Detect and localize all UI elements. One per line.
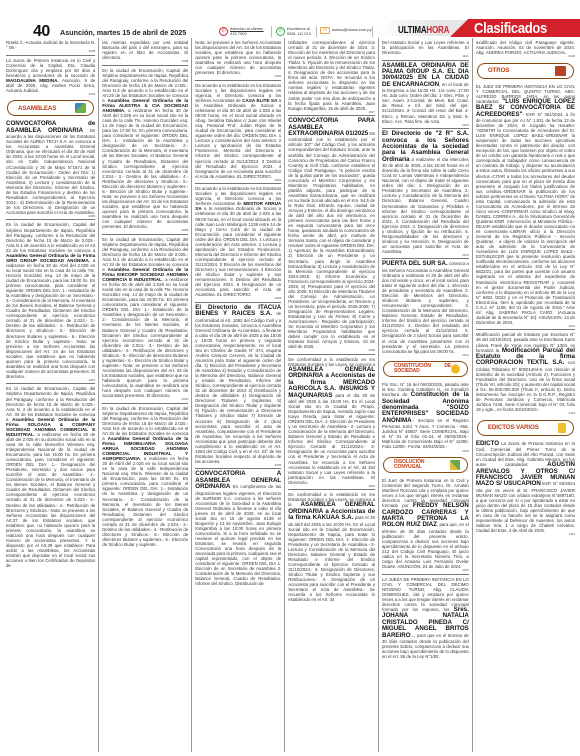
classified-ad: El Directorio de ITACUA BIENES Y RAICES …: [195, 302, 281, 469]
classified-ad: EL JUEZ DE PRIMERA INSTANCIA EN LO CIVIL…: [476, 82, 575, 330]
email-icon: ✉: [320, 27, 330, 34]
section-header-asambleas: ASAMBLEAS: [7, 100, 94, 116]
classified-ad: ASAMBLEA ORDINARIA DE PALMA GROUP S.A. E…: [382, 60, 469, 128]
section-header-otros: OTROS: [477, 63, 574, 79]
classified-ad: Por Esc. N° 16 del 06/03/2025, pasada an…: [382, 380, 469, 454]
column-4: Utilidades correspondientes al ejercicio…: [285, 38, 379, 752]
classified-ad: De conformidad a lo establecido en los E…: [288, 354, 375, 489]
phone-icon: ✆: [219, 27, 228, 36]
box-icon: [555, 66, 566, 76]
classified-ad: modificado del código civil Paraguayo vi…: [476, 38, 575, 60]
page-date: Asunción, martes 15 de abril de 2025: [60, 28, 186, 37]
classified-ad: Utilidades correspondientes al ejercicio…: [288, 38, 375, 115]
page-header: 40 Asunción, martes 15 de abril de 2025 …: [0, 0, 580, 36]
column-2: las mismas expedidas por una entidad Ban…: [99, 38, 192, 752]
divider: [316, 26, 317, 37]
section-banner-title: Clasificados: [474, 19, 547, 36]
people-icon: [75, 103, 86, 113]
classified-ad: LA JUEZA DE PRIMERA INSTANCIA EN LO CIVI…: [382, 574, 469, 661]
brand-logo: ULTIMAHORA: [398, 24, 449, 36]
classified-ad: En la ciudad de Encarnación, Capital del…: [102, 234, 188, 403]
contact-phone[interactable]: ✆ Atención al cliente:415 7000: [219, 27, 264, 36]
classified-ad: En la ciudad de Encarnación, Capital del…: [102, 65, 188, 234]
classified-ad: EDICTO La Jueza de Primera Instancia en …: [476, 439, 575, 538]
classified-ad: CONVOCATORIA A ASAMBLEA GENERAL ORDINARI…: [195, 468, 281, 587]
classified-ad: De acuerdo a lo establecido en los Estat…: [195, 183, 281, 302]
divider: [271, 26, 272, 37]
whatsapp-icon: ✆: [276, 27, 285, 36]
contact-whatsapp[interactable]: ✆ Escribinos al0981 111 013: [276, 27, 311, 36]
classified-ad: El Juez de Primera Instancia en lo Civil…: [382, 476, 469, 574]
classified-ad: Modificación parcial de Estatuto por Esc…: [476, 329, 575, 416]
classified-ad: Nota: se previene a los Señores Accionis…: [195, 38, 281, 80]
pencil-icon: [450, 460, 460, 470]
classified-ad: En la ciudad de Encarnación, Capital del…: [6, 219, 95, 383]
section-header-edictos: EDICTOS VARIOS: [477, 420, 574, 436]
column-3: Nota: se previene a los Señores Accionis…: [192, 38, 285, 752]
classified-ad: CONVOCATORIA de ASAMBLEA ORDINARIA De ac…: [6, 119, 95, 219]
classified-ad: PUERTA DEL SUR SA. convoca a los Señores…: [382, 258, 469, 358]
column-6: modificado del código civil Paraguayo vi…: [473, 38, 578, 752]
classified-ad: Rotela C.-Actuaria Judicial de la Secret…: [6, 38, 95, 55]
classified-ad: El Directorio de "2 R" S.A. convoca a lo…: [382, 128, 469, 258]
section-header-disolucion: DISOLUCIÓN CONYUGAL: [383, 457, 468, 473]
classifieds-columns: Rotela C.-Actuaria Judicial de la Secret…: [3, 38, 578, 752]
classified-ad: En la ciudad de Encarnación, Capital del…: [102, 403, 188, 548]
column-1: Rotela C.-Actuaria Judicial de la Secret…: [3, 38, 99, 752]
seal-icon: [451, 364, 460, 374]
classified-ad: De conformidad a lo establecido en los E…: [288, 489, 375, 603]
contact-email[interactable]: ✉ avisos@uhora.com.py: [320, 27, 372, 34]
divider: [372, 26, 373, 37]
classified-ad: De acuerdo a lo establecido en los Estat…: [195, 80, 281, 183]
classified-ad: La Jueza de Primera Instancia en lo Civi…: [6, 55, 95, 98]
classified-ad: Del estatuto Social y Las Leyes referent…: [382, 38, 469, 60]
classified-ad: las mismas expedidas por una entidad Ban…: [102, 38, 188, 65]
section-header-constitucion: CONSTITUCIÓN DE SOCIEDAD: [383, 361, 468, 377]
classified-ad: CONVOCATORIA PARA ASAMBLEA EXTRAORDINARI…: [288, 115, 375, 354]
column-5: Del estatuto Social y Las Leyes referent…: [379, 38, 473, 752]
document-icon: [558, 423, 566, 433]
classified-ad: En la ciudad de Encarnación, Capital del…: [6, 383, 95, 569]
